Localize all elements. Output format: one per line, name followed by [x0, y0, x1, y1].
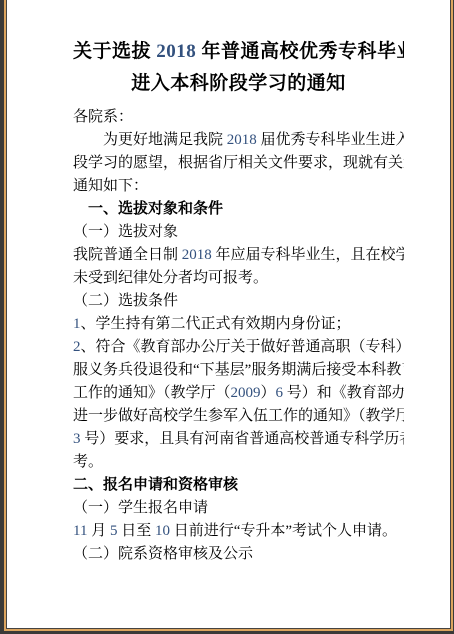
cjk-text: （二）选拔条件: [73, 293, 178, 309]
text-line: 工作的通知》（教学厅（2009）6 号）和《教育部办公厅关于: [73, 382, 404, 405]
text-line: 考。: [73, 451, 404, 474]
page-frame-inner: 关于选拔 2018 年普通高校优秀专科毕业生进入本科阶段学习的通知各院系： 为更…: [6, 0, 451, 629]
cjk-text: 届优秀专科毕业生进入本科阶: [257, 132, 404, 148]
number-text: 2018: [156, 41, 196, 62]
text-line: 1、学生持有第二代正式有效期内身份证；: [73, 313, 404, 336]
cjk-text: 日前进行“专升本”考试个人申请。: [170, 523, 397, 539]
number-text: 2009: [231, 385, 261, 401]
cjk-text: 考。: [73, 454, 103, 470]
cjk-text: 月: [87, 523, 110, 539]
text-line: 2、符合《教育部办公厅关于做好普通高职（专科）毕业生: [73, 336, 404, 359]
text-line: （一）学生报名申请: [73, 497, 404, 520]
text-line: 我院普通全日制 2018 年应届专科毕业生，且在校学习期间: [73, 244, 404, 267]
cjk-text: （二）院系资格审核及公示: [73, 546, 253, 562]
number-text: 2018: [182, 247, 212, 263]
screenshot-root: 关于选拔 2018 年普通高校优秀专科毕业生进入本科阶段学习的通知各院系： 为更…: [0, 0, 454, 634]
cjk-text: 未受到纪律处分者均可报考。: [73, 270, 268, 286]
document-page: 关于选拔 2018 年普通高校优秀专科毕业生进入本科阶段学习的通知各院系： 为更…: [7, 0, 450, 628]
cjk-text: 工作的通知》（教学厅（: [73, 385, 231, 401]
text-line: 各院系：: [73, 106, 404, 129]
text-line: 进一步做好高校学生参军入伍工作的通知》（教学厅（2015）: [73, 405, 404, 428]
cjk-text: 、符合《教育部办公厅关于做好普通高职（专科）毕业生: [81, 339, 405, 355]
text-line: 3 号）要求，且具有河南省普通高校普通专科学历者均可报: [73, 428, 404, 451]
cjk-text: ）: [261, 385, 276, 401]
document-body: 关于选拔 2018 年普通高校优秀专科毕业生进入本科阶段学习的通知各院系： 为更…: [7, 0, 450, 566]
cjk-text: （一）学生报名申请: [73, 500, 208, 516]
cjk-text: 日至: [117, 523, 155, 539]
document-title-line: 进入本科阶段学习的通知: [73, 68, 404, 100]
cjk-text: 关于选拔: [73, 41, 156, 62]
cjk-text: 一、选拔对象和条件: [73, 201, 223, 217]
cjk-text: 年应届专科毕业生，且在校学习期间: [212, 247, 404, 263]
cjk-text: 号）要求，且具有河南省普通高校普通专科学历者均可报: [81, 431, 405, 447]
number-text: 11: [73, 523, 87, 539]
text-line: 11 月 5 日至 10 日前进行“专升本”考试个人申请。: [73, 520, 404, 543]
number-text: 1: [73, 316, 81, 332]
section-heading: 二、报名申请和资格审核: [73, 474, 404, 497]
text-line: 未受到纪律处分者均可报考。: [73, 267, 404, 290]
cjk-text: 进一步做好高校学生参军入伍工作的通知》（教学厅（: [73, 408, 404, 424]
page-frame-outer: 关于选拔 2018 年普通高校优秀专科毕业生进入本科阶段学习的通知各院系： 为更…: [0, 0, 454, 634]
cjk-text: 进入本科阶段学习的通知: [131, 73, 346, 94]
text-line: （二）院系资格审核及公示: [73, 543, 404, 566]
text-line: 为更好地满足我院 2018 届优秀专科毕业生进入本科阶: [73, 129, 404, 152]
cjk-text: 二、报名申请和资格审核: [73, 477, 238, 493]
text-line: （一）选拔对象: [73, 221, 404, 244]
text-line: 服义务兵役退役和“下基层”服务期满后接受本科教育招生: [73, 359, 404, 382]
cjk-text: 为更好地满足我院: [73, 132, 227, 148]
cjk-text: 段学习的愿望，根据省厅相关文件要求，现就有关选拔事项: [73, 155, 404, 171]
cjk-text: 我院普通全日制: [73, 247, 182, 263]
document-title-line: 关于选拔 2018 年普通高校优秀专科毕业生: [73, 36, 404, 68]
number-text: 10: [155, 523, 170, 539]
text-line: 段学习的愿望，根据省厅相关文件要求，现就有关选拔事项: [73, 152, 404, 175]
cjk-text: 通知如下：: [73, 178, 148, 194]
number-text: 3: [73, 431, 81, 447]
text-line: 通知如下：: [73, 175, 404, 198]
number-text: 2018: [227, 132, 257, 148]
cjk-text: 号）和《教育部办公厅关于: [283, 385, 404, 401]
cjk-text: 、学生持有第二代正式有效期内身份证；: [81, 316, 351, 332]
number-text: 2: [73, 339, 81, 355]
cjk-text: 各院系：: [73, 109, 133, 125]
section-heading: 一、选拔对象和条件: [73, 198, 404, 221]
cjk-text: 服义务兵役退役和“下基层”服务期满后接受本科教育招生: [73, 362, 404, 378]
cjk-text: 年普通高校优秀专科毕业生: [196, 41, 404, 62]
text-line: （二）选拔条件: [73, 290, 404, 313]
cjk-text: （一）选拔对象: [73, 224, 178, 240]
page-frame-accent: 关于选拔 2018 年普通高校优秀专科毕业生进入本科阶段学习的通知各院系： 为更…: [4, 0, 453, 631]
number-text: 6: [276, 385, 284, 401]
